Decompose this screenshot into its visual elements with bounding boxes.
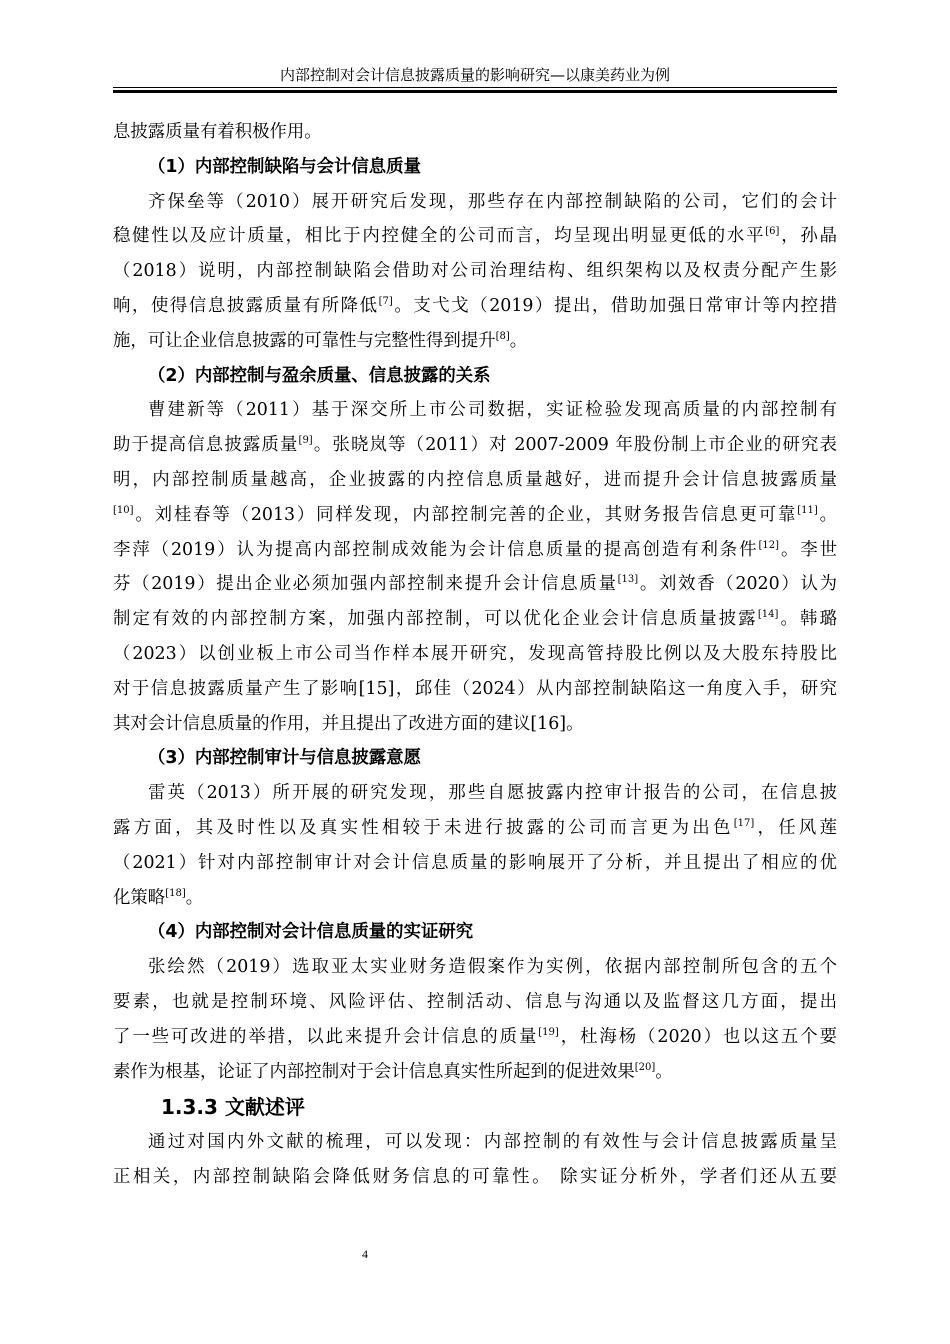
- subheading-4: （4）内部控制对会计信息质量的实证研究: [113, 915, 837, 950]
- citation-ref: [12]: [758, 540, 779, 551]
- paragraph-line: 露方面，其及时性以及真实性相较于未进行披露的公司而言更为出色[17]，任风莲: [113, 811, 837, 846]
- paragraph-line: 了一些可改进的举措，以此来提升会计信息的质量[19]，杜海杨（2020）也以这五…: [113, 1020, 837, 1055]
- paragraph-line: 素作为根基，论证了内部控制对于会计信息真实性所起到的促进效果[20]。: [113, 1055, 837, 1090]
- citation-ref: [10]: [113, 505, 134, 516]
- citation-ref: [19]: [538, 1027, 559, 1038]
- paragraph-line: 要素，也就是控制环境、风险评估、控制活动、信息与沟通以及监督这几方面，提出: [113, 985, 837, 1020]
- paragraph-line: 稳健性以及应计质量，相比于内控健全的公司而言，均呈现出明显更低的水平[6]，孙晶: [113, 219, 837, 254]
- paragraph-line: 齐保垒等（2010）展开研究后发现，那些存在内部控制缺陷的公司，它们的会计: [113, 185, 837, 220]
- paragraph-line: 对于信息披露质量产生了影响[15]，邱佳（2024）从内部控制缺陷这一角度入手，…: [113, 672, 837, 707]
- citation-ref: [7]: [379, 296, 393, 307]
- page-number: 4: [0, 1247, 730, 1262]
- running-header: 内部控制对会计信息披露质量的影响研究—以康美药业为例: [113, 66, 837, 84]
- paragraph-line: 正相关，内部控制缺陷会降低财务信息的可靠性。 除实证分析外，学者们还从五要: [113, 1160, 837, 1195]
- citation-ref: [13]: [618, 574, 639, 585]
- paragraph-line: 张绘然（2019）选取亚太实业财务造假案作为实例，依据内部控制所包含的五个: [113, 950, 837, 985]
- paragraph-line: （2018）说明，内部控制缺陷会借助对公司治理结构、组织架构以及权责分配产生影: [113, 254, 837, 289]
- subheading-1: （1）内部控制缺陷与会计信息质量: [113, 150, 837, 185]
- section-heading-1-3-3: 1.3.3 文献述评: [113, 1089, 837, 1125]
- header-rule-thick: [113, 90, 837, 93]
- paragraph-line: 通过对国内外文献的梳理，可以发现：内部控制的有效性与会计信息披露质量呈: [113, 1125, 837, 1160]
- paragraph-line: 雷英（2013）所开展的研究发现，那些自愿披露内控审计报告的公司，在信息披: [113, 776, 837, 811]
- paragraph-line: 化策略[18]。: [113, 881, 837, 916]
- paragraph-line: [10]。刘桂春等（2013）同样发现，内部控制完善的企业，其财务报告信息更可靠…: [113, 498, 837, 533]
- citation-ref: [9]: [299, 435, 313, 446]
- citation-ref: [18]: [165, 888, 186, 899]
- citation-ref: [20]: [635, 1062, 656, 1073]
- subheading-2: （2）内部控制与盈余质量、信息披露的关系: [113, 359, 837, 394]
- citation-ref: [6]: [765, 226, 779, 237]
- paragraph-line: 制定有效的内部控制方案，加强内部控制，可以优化企业会计信息质量披露[14]。韩璐: [113, 602, 837, 637]
- document-page: 内部控制对会计信息披露质量的影响研究—以康美药业为例 息披露质量有着积极作用。 …: [0, 0, 950, 1344]
- paragraph-line: 助于提高信息披露质量[9]。张晓岚等（2011）对 2007-2009 年股份制…: [113, 428, 837, 463]
- body-text: 息披露质量有着积极作用。 （1）内部控制缺陷与会计信息质量 齐保垒等（2010）…: [113, 115, 837, 1195]
- paragraph-line: 响，使得信息披露质量有所降低[7]。支弋戈（2019）提出，借助加强日常审计等内…: [113, 289, 837, 324]
- paragraph-line: 其对会计信息质量的作用，并且提出了改进方面的建议[16]。: [113, 707, 837, 742]
- paragraph-line: （2021）针对内部控制审计对会计信息质量的影响展开了分析，并且提出了相应的优: [113, 846, 837, 881]
- citation-ref: [8]: [496, 331, 510, 342]
- paragraph-continuation: 息披露质量有着积极作用。: [113, 115, 837, 150]
- paragraph-line: 曹建新等（2011）基于深交所上市公司数据，实证检验发现高质量的内部控制有: [113, 393, 837, 428]
- citation-ref: [11]: [797, 505, 818, 516]
- header-rule-thin: [113, 87, 837, 88]
- citation-ref: [14]: [758, 609, 779, 620]
- citation-ref: [17]: [734, 818, 755, 829]
- header-double-rule: [113, 87, 837, 93]
- paragraph-line: 芬（2019）提出企业必须加强内部控制来提升会计信息质量[13]。刘效香（202…: [113, 567, 837, 602]
- paragraph-line: 李萍（2019）认为提高内部控制成效能为会计信息质量的提高创造有利条件[12]。…: [113, 533, 837, 568]
- subheading-3: （3）内部控制审计与信息披露意愿: [113, 741, 837, 776]
- paragraph-line: 明，内部控制质量越高，企业披露的内控信息质量越好，进而提升会计信息披露质量: [113, 463, 837, 498]
- paragraph-line: （2023）以创业板上市公司当作样本展开研究，发现高管持股比例以及大股东持股比: [113, 637, 837, 672]
- paragraph-line: 施，可让企业信息披露的可靠性与完整性得到提升[8]。: [113, 324, 837, 359]
